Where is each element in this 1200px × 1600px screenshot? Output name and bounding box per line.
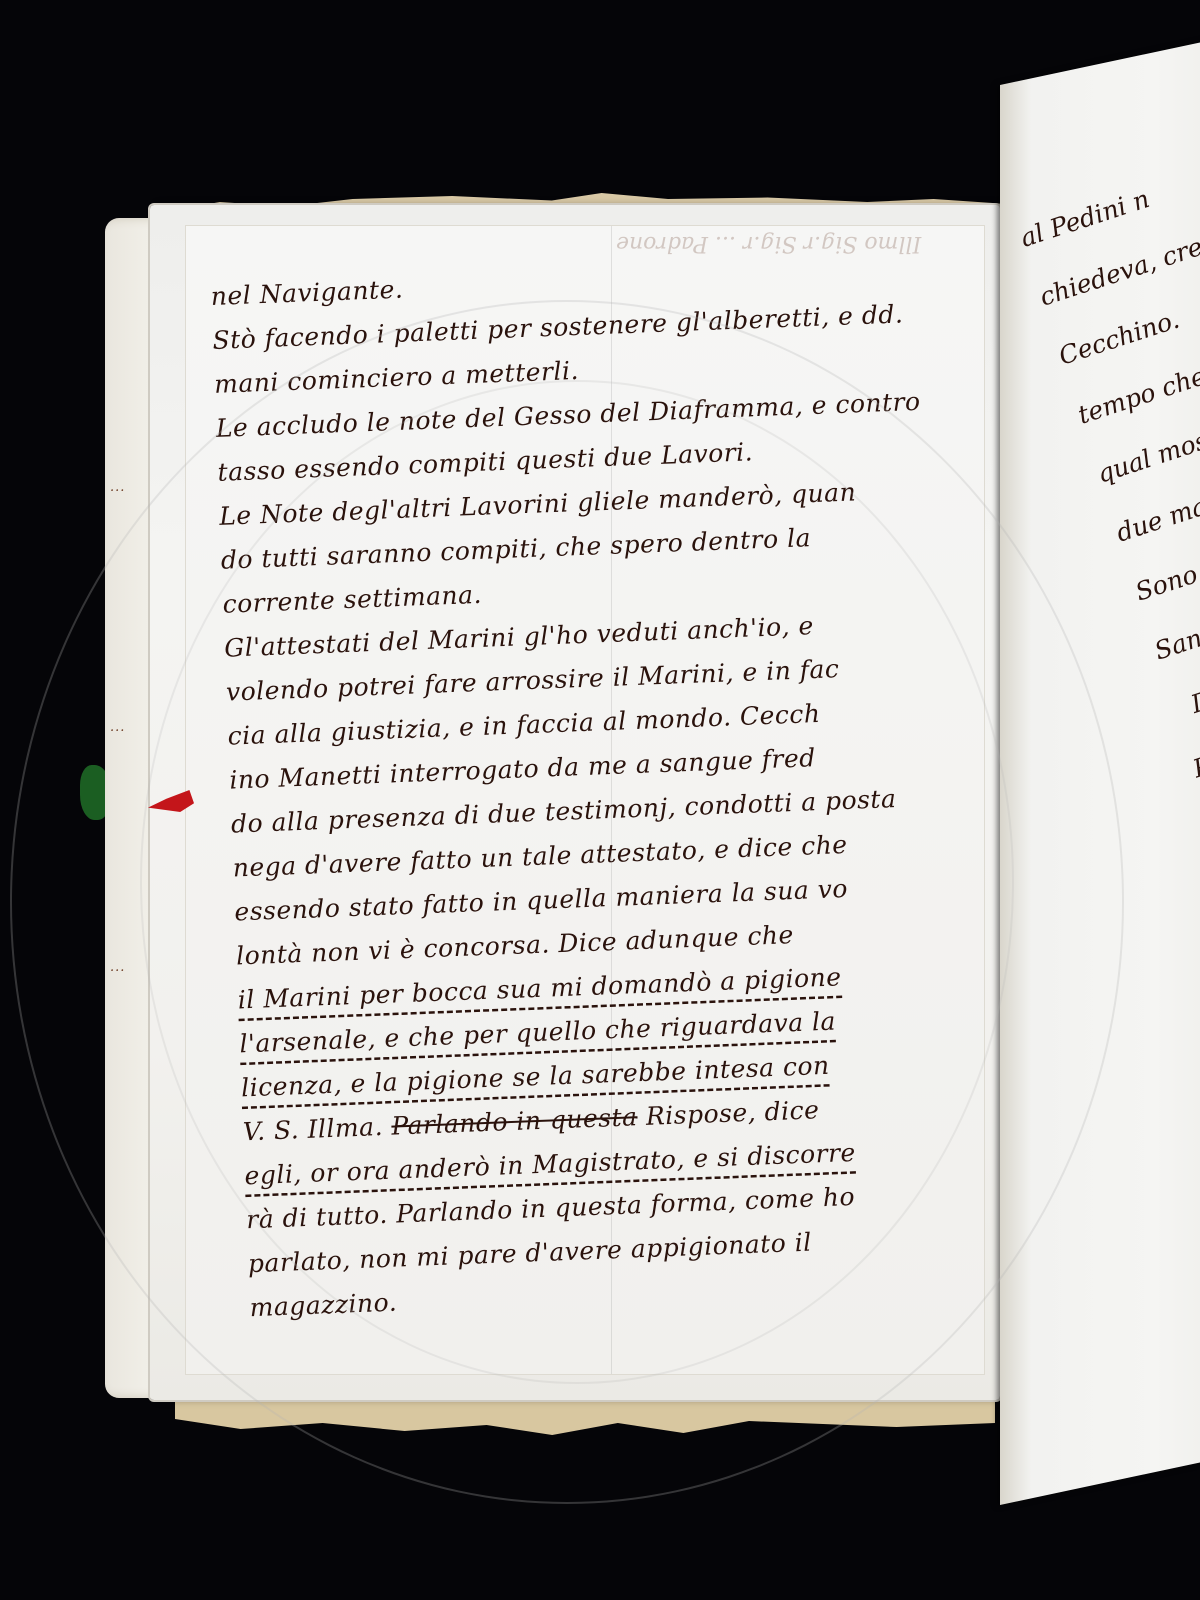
- margin-fragment: ...: [110, 720, 125, 735]
- handwritten-text-block: nel Navigante. Stò facendo i paletti per…: [210, 245, 1040, 1331]
- left-page: Illmo Sig.r Sig.r ... Padrone nel Naviga…: [150, 205, 1000, 1400]
- margin-fragment: ...: [110, 960, 125, 975]
- manuscript-photo: ... ... ... Illmo Sig.r Sig.r ... Padron…: [0, 0, 1200, 1600]
- margin-fragment: ...: [110, 480, 125, 495]
- struck-through-text: Parlando in questa: [391, 1102, 638, 1140]
- torn-paper-edge-bottom: [175, 1395, 995, 1435]
